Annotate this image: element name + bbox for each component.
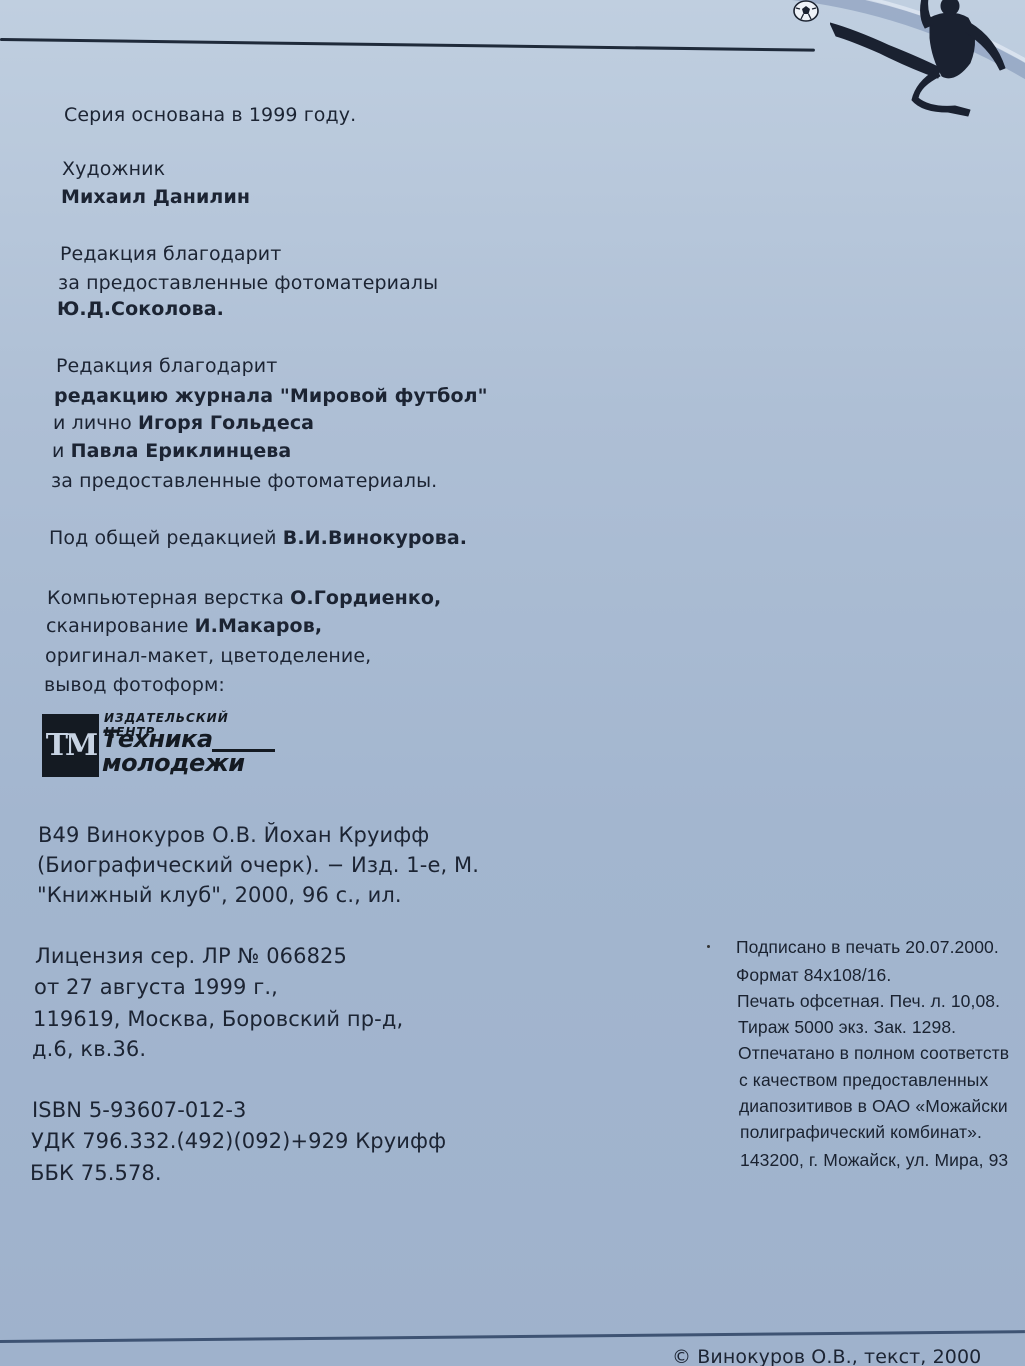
logo-line-1: Техника	[102, 727, 213, 751]
license-line-4: д.6, кв.36.	[32, 1037, 146, 1061]
thanks-2-line-2: редакцию журнала "Мировой футбол"	[54, 385, 488, 407]
printing-line: Тираж 5000 экз. Зак. 1298.	[738, 1017, 956, 1038]
thanks-2-line-4-prefix: и	[52, 440, 71, 462]
football-player-kick-icon	[830, 0, 1025, 118]
series-note: Серия основана в 1999 году.	[64, 104, 356, 126]
stray-dot	[707, 945, 710, 948]
thanks-1-line-1: Редакция благодарит	[60, 243, 281, 265]
production-line-3: оригинал-макет, цветоделение,	[45, 645, 371, 667]
copyright: © Винокуров О.В., текст, 2000	[672, 1346, 981, 1366]
thanks-2-line-3-name: Игоря Гольдеса	[138, 412, 314, 434]
thanks-1-name: Ю.Д.Соколова.	[57, 298, 224, 320]
thanks-2-line-3: и лично Игоря Гольдеса	[53, 412, 314, 434]
production-line-1: Компьютерная верстка О.Гордиенко,	[47, 587, 441, 609]
production-line-2: сканирование И.Макаров,	[46, 615, 322, 637]
printing-line: 143200, г. Можайск, ул. Мира, 93	[740, 1150, 1008, 1171]
thanks-2-line-4: и Павла Ериклинцева	[52, 440, 291, 462]
book-imprint-page: Серия основана в 1999 году. Художник Мих…	[0, 0, 1025, 1366]
printing-line: диапозитивов в ОАО «Можайски	[739, 1096, 1008, 1117]
artist-label: Художник	[62, 158, 165, 180]
editor-prefix: Под общей редакцией	[49, 527, 283, 549]
logo-line-2: молодежи	[102, 751, 245, 775]
license-line-1: Лицензия сер. ЛР № 066825	[35, 944, 347, 968]
editor-name: В.И.Винокурова.	[283, 527, 467, 549]
printing-line: Печать офсетная. Печ. л. 10,08.	[737, 991, 1000, 1012]
top-rule	[0, 38, 815, 52]
printing-line: Подписано в печать 20.07.2000.	[736, 937, 999, 958]
udk: УДК 796.332.(492)(092)+929 Круифф	[31, 1129, 446, 1153]
bbk: ББК 75.578.	[30, 1161, 162, 1185]
artist-name: Михаил Данилин	[61, 186, 250, 208]
bibliographic-line-3: "Книжный клуб", 2000, 96 с., ил.	[37, 883, 402, 907]
tm-monogram-icon: ТМ	[42, 714, 99, 777]
soccer-ball-icon	[792, 0, 820, 22]
thanks-2-line-3-prefix: и лично	[53, 412, 138, 434]
production-line-2-prefix: сканирование	[46, 615, 195, 637]
bibliographic-line-2: (Биографический очерк). − Изд. 1-е, М.	[37, 853, 479, 877]
production-line-2-name: И.Макаров,	[195, 615, 322, 637]
editor-line: Под общей редакцией В.И.Винокурова.	[49, 527, 467, 549]
isbn: ISBN 5-93607-012-3	[32, 1098, 246, 1122]
thanks-2-line-5: за предоставленные фотоматериалы.	[51, 470, 437, 492]
bottom-rule	[0, 1330, 1025, 1343]
publisher-logo: ТМ ИЗДАТЕЛЬСКИЙ ЦЕНТР Техника молодежи	[42, 711, 277, 781]
printing-line: Отпечатано в полном соответств	[738, 1043, 1009, 1064]
printing-line: Формат 84х108/16.	[736, 965, 891, 986]
production-line-1-name: О.Гордиенко,	[290, 587, 441, 609]
production-line-4: вывод фотоформ:	[44, 674, 225, 696]
thanks-2-line-4-name: Павла Ериклинцева	[71, 440, 292, 462]
thanks-2-line-1: Редакция благодарит	[56, 355, 277, 377]
printing-line: полиграфический комбинат».	[740, 1122, 982, 1143]
bibliographic-line-1: В49 Винокуров О.В. Йохан Круифф	[38, 823, 429, 847]
production-line-1-prefix: Компьютерная верстка	[47, 587, 290, 609]
license-line-2: от 27 августа 1999 г.,	[34, 975, 278, 999]
printing-line: с качеством предоставленных	[739, 1070, 988, 1091]
license-line-3: 119619, Москва, Боровский пр-д,	[33, 1007, 403, 1031]
thanks-1-line-2: за предоставленные фотоматериалы	[58, 272, 438, 294]
